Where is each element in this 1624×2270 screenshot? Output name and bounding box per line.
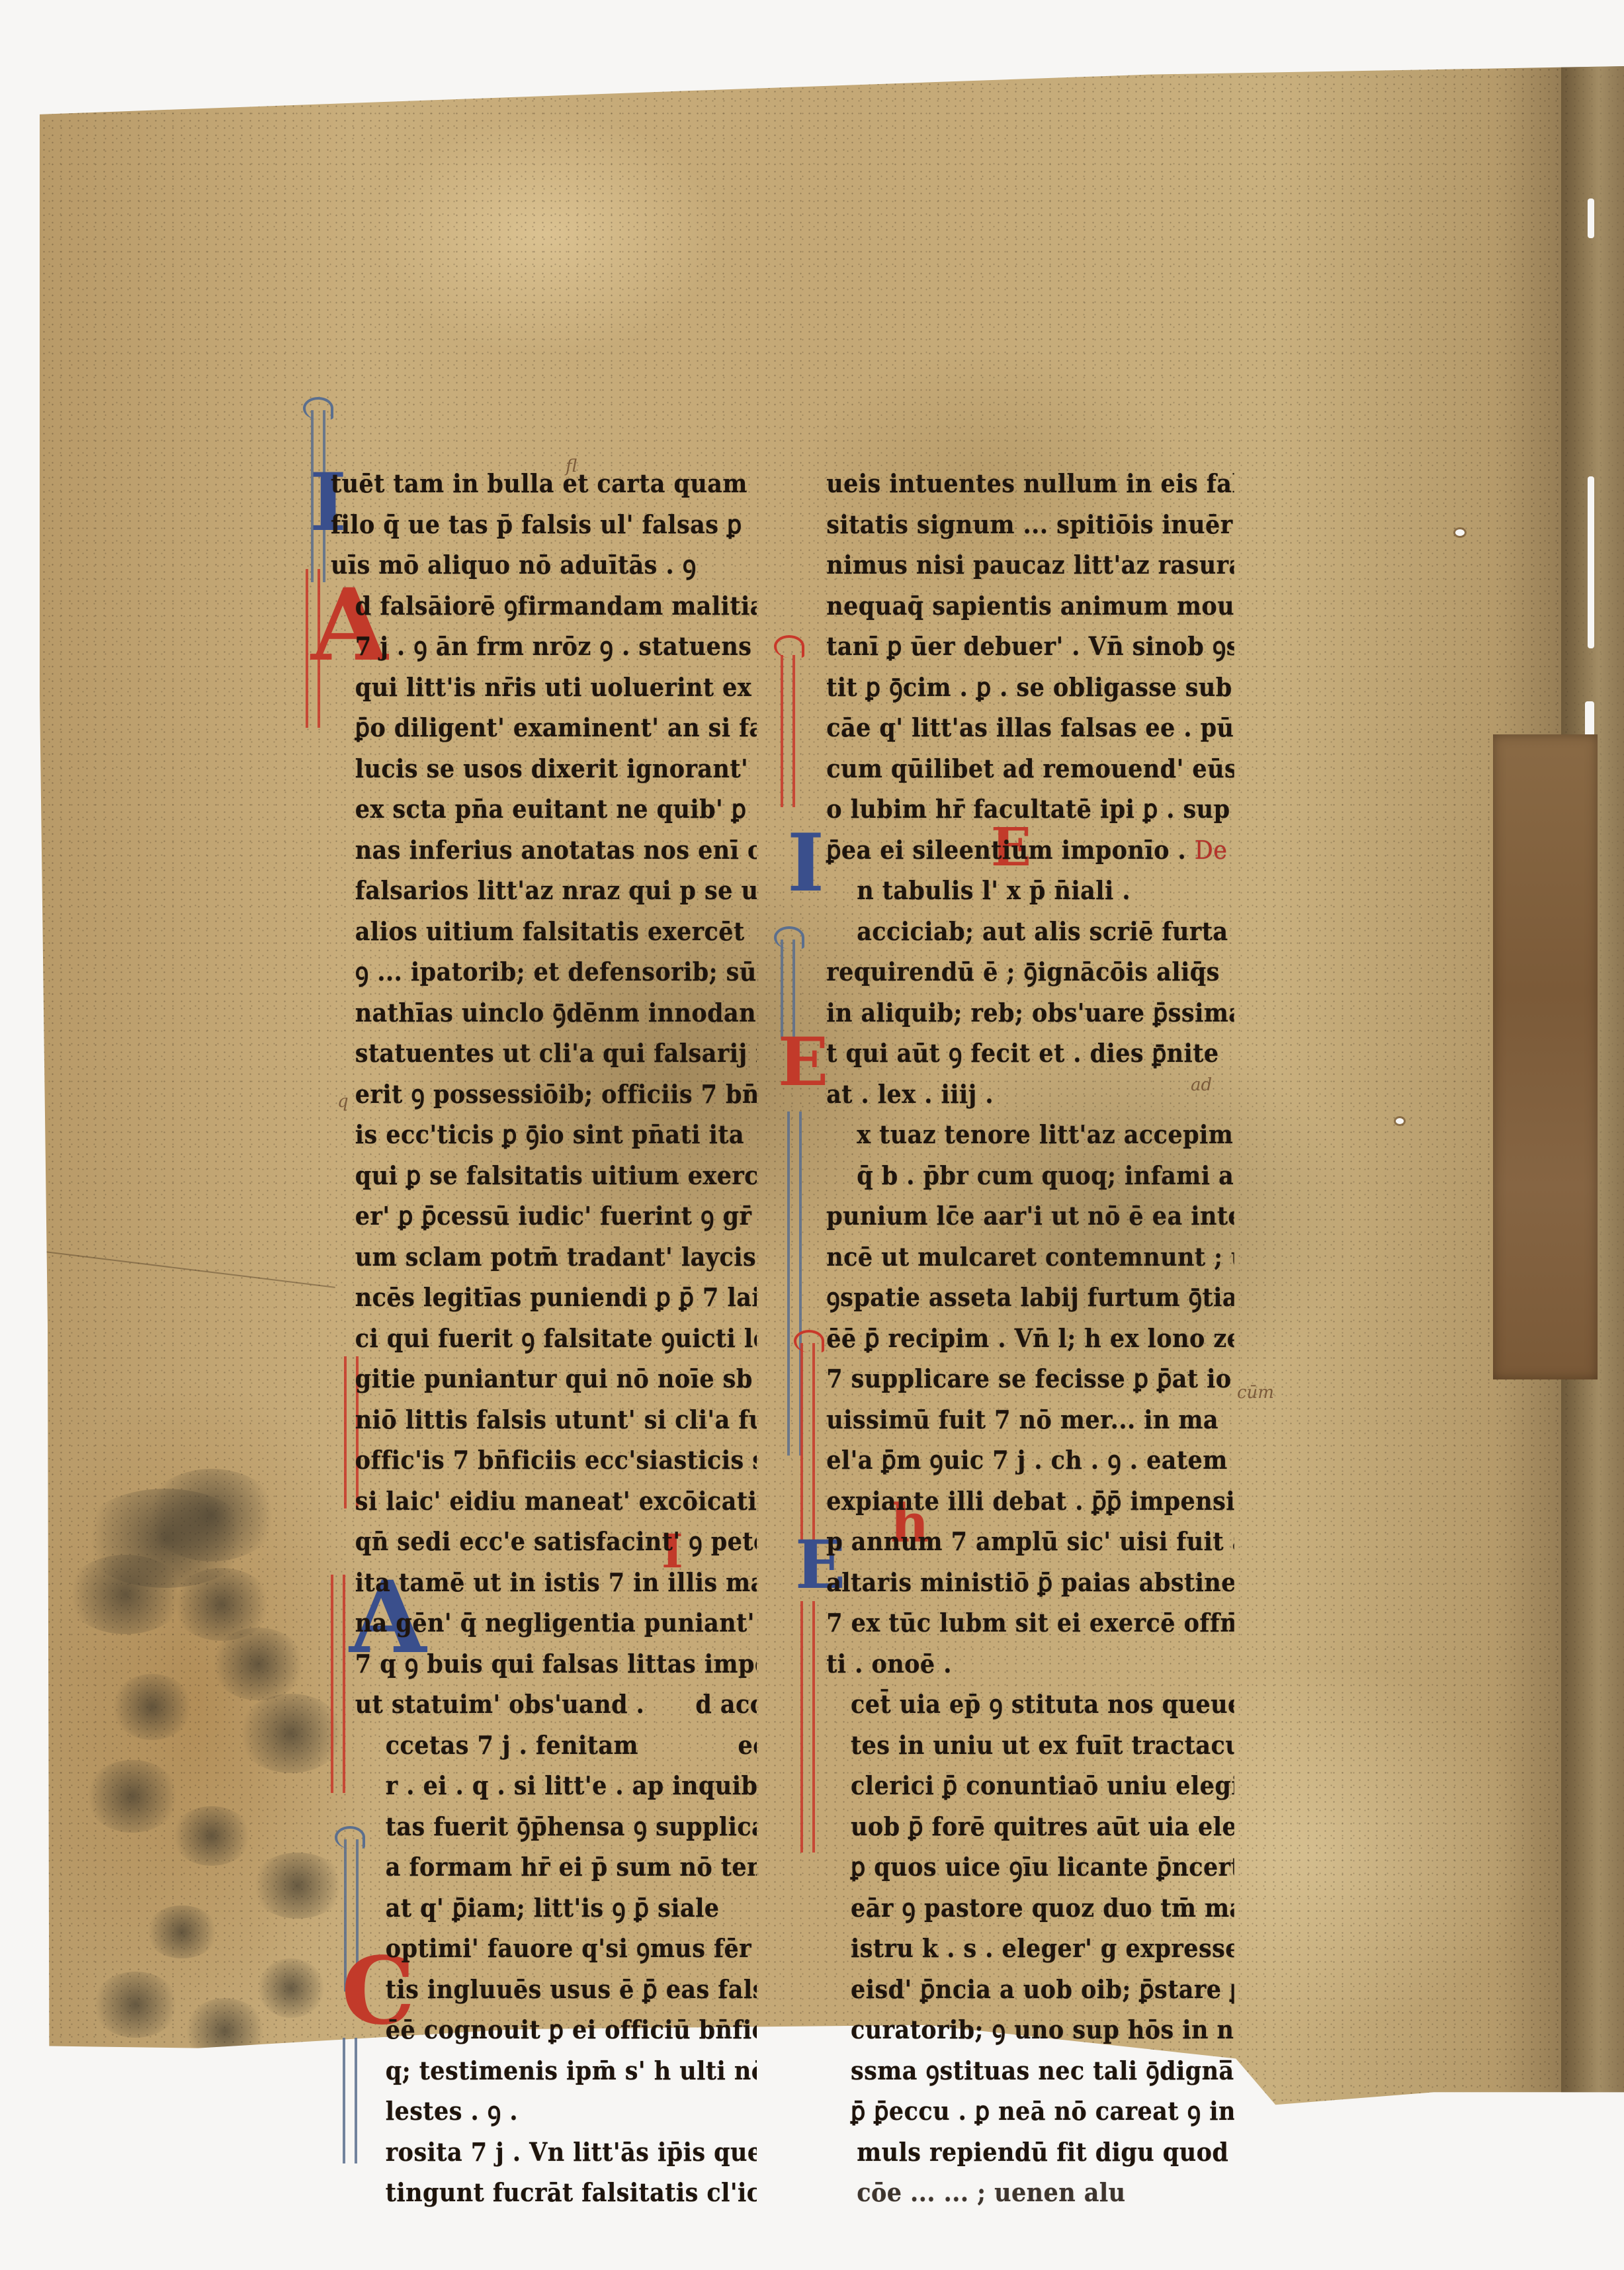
text-line: at q' ꝑ̄iam; litt'is ꝯ ꝑ̄ siale	[331, 1888, 757, 1929]
text-line: tanī ꝑ ūer debuer' . Vn̄ sinob ꝯsti	[820, 626, 1234, 667]
text-line: falsarios litt'az nraz qui p se ul'	[331, 870, 757, 911]
text-line: cōe ... ... ; uenen alu	[820, 2172, 1234, 2213]
text-line: ita tamē ut in istis 7 in illis ma	[331, 1562, 757, 1603]
text-line: si laic' eidiu maneat' excōicati	[331, 1481, 757, 1522]
mold-spot	[119, 2051, 225, 2111]
text-line: n tabulis l' x p̄ n̄iali .	[820, 870, 1234, 911]
text-line: ut statuim' obs'uand . d acc	[331, 1684, 757, 1725]
mold-spot	[185, 1998, 265, 2064]
text-line: punium lc̄e aar'i ut nō ē ea inte	[820, 1196, 1234, 1237]
text-line: ꝑ̄ ꝑ̄eccu . ꝑ neā nō careat ꝯ inno	[820, 2091, 1234, 2132]
text-line: statuentes ut cli'a qui falsarij fu	[331, 1033, 757, 1074]
text-line: cet̄ uia ep̄ ꝯ stituta nos queuen	[820, 1684, 1234, 1725]
text-line: nathīas uinclo ꝯ̄dēnm innodand	[331, 992, 757, 1033]
text-line: curatorib; ꝯ uno sup hōs in nūi ꝑ̄	[820, 2009, 1234, 2050]
wormhole	[1455, 529, 1465, 536]
text-line: nas inferius anotatas nos enī oēs	[331, 830, 757, 871]
text-line: eār ꝯ pastore quoz duo tm̄ mag	[820, 1888, 1234, 1929]
text-line: um sclam potm̄ tradant' laycis sūm	[331, 1237, 757, 1278]
mold-spot	[258, 1958, 324, 2018]
mold-spot	[146, 1905, 218, 1958]
text-line: q̄ b . p̄br cum quoq; infami ad	[820, 1155, 1234, 1196]
text-line: t qui aūt ꝯ fecit et . dies ꝑ̄nite	[820, 1033, 1234, 1074]
text-line: el'a ꝑ̄m ꝯuic 7 j . ch . ꝯ . eatem ei . …	[820, 1440, 1234, 1481]
text-line: rosita 7 j . Vn litt'ās ip̄is quer	[331, 2132, 757, 2173]
pen-flourish-stem	[800, 1601, 815, 1853]
text-line: 7 q ꝯ buis qui falsas littas impetra	[331, 1643, 757, 1684]
text-line: a formam hr̄ ei p̄ sum nō tene	[331, 1847, 757, 1888]
text-line: filo q̄ ue tas p̄ falsis ul' falsas ꝑ	[331, 504, 757, 545]
text-line: qn̄ sedi ecc'e satisfacint' ꝯ petent'	[331, 1521, 757, 1562]
text-line: is ecc'ticis ꝑ ꝯ̄io sint pn̄ati ita	[331, 1114, 757, 1155]
text-line: in aliquib; reb; obs'uare ꝑ̄ssima	[820, 992, 1234, 1033]
text-line: ꝑ̄ea ei sileentium imponīo . De tōn legi	[820, 830, 1234, 871]
text-line: niō littis falsis utunt' si cli'a fuer'	[331, 1399, 757, 1440]
text-line: ncē ut mulcaret contemnunt ; ut	[820, 1237, 1234, 1278]
text-line: ēē ꝑ̄ recipim . Vn̄ l; h ex lono zelo	[820, 1318, 1234, 1359]
text-line: qui litt'is nr̄is uti uoluerint ex	[331, 667, 757, 708]
text-line: requirendū ē ; ꝯ̄ignācōis aliq̄s	[820, 951, 1234, 992]
text-line: lucis se usos dixerit ignorant'	[331, 748, 757, 789]
text-line: cāe q' litt'as illas falsas ee . pūnt'	[820, 707, 1234, 748]
text-line: ueis intuentes nullum in eis fal	[820, 463, 1234, 504]
text-line: cum qūilibet ad remouend' eūs su	[820, 748, 1234, 789]
text-line: at . lex . iiij .	[820, 1074, 1234, 1115]
text-line: ccetas 7 j . fenitam eō .	[331, 1725, 757, 1766]
text-line: lestes . ꝯ .	[331, 2091, 757, 2132]
text-line: gitie puniantur qui nō noīe sb	[331, 1358, 757, 1399]
text-line: erit ꝯ possessiōib; officiis 7 bn̄ficia	[331, 1074, 757, 1115]
text-line: ꝑ̄o diligent' examinent' an si falsi'	[331, 707, 757, 748]
marginal-gloss: q	[337, 1092, 349, 1112]
text-line: ssma ꝯstituas nec tali ꝯ̄digna̅ro	[820, 2050, 1234, 2091]
text-line: ncēs legitīas puniendi ꝑ ꝑ̄ 7 lai	[331, 1277, 757, 1318]
text-line: tas fuerit ꝯ̄p̄hensa ꝯ supplica iusta	[331, 1806, 757, 1847]
text-line: tingunt fucrāt falsitatis cl'ici	[331, 2172, 757, 2213]
text-line: ꝯspatie asseta labij furtum ꝯ̄tiam	[820, 1277, 1234, 1318]
text-line: expiante illi debat . ꝑ̄ꝑ̄ impensis q	[820, 1481, 1234, 1522]
mold-spot	[93, 1972, 179, 2038]
text-segment: d acc	[695, 1689, 757, 1719]
text-line: tit ꝑ ꝯ̄cim . ꝑ . se obligasse sub ꝑclo	[820, 667, 1234, 708]
mold-spot	[66, 1555, 185, 1634]
text-line: ꝯ ... ipatorib; et defensorib; sūis a	[331, 951, 757, 992]
mold-spot	[112, 1674, 192, 1740]
text-line: offic'is 7 bn̄ficiis ecc'siasticis spoli…	[331, 1440, 757, 1481]
mold-spot	[86, 1760, 179, 1833]
text-line: er' ꝑ ꝑ̄cessū iudic' fuerint ꝯ gr̄	[331, 1196, 757, 1237]
text-line: 7 supplicare se fecisse ꝑ ꝑ̄at io mi ꝑ̄	[820, 1358, 1234, 1399]
rubric-heading: De tōn legi	[1195, 836, 1234, 865]
text-segment: ꝑ̄ea ei sileentium imponīo .	[826, 835, 1186, 865]
text-line: muls repiendū fit digu quod	[820, 2132, 1234, 2173]
pen-flourish-stem	[800, 1343, 815, 1542]
text-line: uīs mō aliquo nō aduītās . ꝯ	[331, 545, 757, 586]
marginal-gloss: fl	[566, 457, 577, 476]
text-line: ꝑ quos uice ꝯīu licante ꝑ̄ncertē	[820, 1847, 1234, 1888]
text-line: uissimū fuit 7 nō mer... in ma	[820, 1399, 1234, 1440]
text-line: qui ꝑ se falsitatis uitium exercu	[331, 1155, 757, 1196]
text-line: sitatis signum ... spitiōis inuēr	[820, 504, 1234, 545]
text-line: tuēt tam in bulla et carta quam	[331, 463, 757, 504]
mold-spot	[146, 1469, 278, 1561]
mold-spot	[212, 1628, 304, 1700]
text-line: q; testimenis ipm̄ s' h ulti nō mo	[331, 2050, 757, 2091]
text-line: altaris ministiō ꝑ̄ paias abstinere	[820, 1562, 1234, 1603]
gutter-tear	[1588, 476, 1594, 648]
repair-tape-strip	[1493, 734, 1598, 1379]
text-line: tis ingluuēs usus ē ꝑ̄ eas falsa	[331, 1969, 757, 2010]
text-line: acciciab; aut alis scriē furta nō ꝯ	[820, 911, 1234, 952]
wormhole	[1396, 1118, 1404, 1124]
text-column-left: tuēt tam in bulla et carta quam filo q̄ …	[331, 463, 794, 2213]
text-column-right: ueis intuentes nullum in eis fal sitatis…	[820, 463, 1270, 2213]
text-line: p annum 7 amplū sic' uisi fuit ab	[820, 1521, 1234, 1562]
text-line: clerici ꝑ̄ conuntiaō uniu elegisti ex	[820, 1765, 1234, 1806]
text-line: alios uitium falsitatis exercēt	[331, 911, 757, 952]
text-line: istru k . s . eleger' g expresse licētur	[820, 1928, 1234, 1969]
text-line: 7 ex tūc lubm sit ei exercē offm̄ sacō	[820, 1602, 1234, 1643]
text-line: 7 j . ꝯ ān frm nrōz ꝯ . statuens ū	[331, 626, 757, 667]
text-segment: ut statuim' obs'uand .	[355, 1689, 644, 1719]
parchment-crease	[40, 1250, 335, 1288]
text-line: eisd' ꝑ̄ncia a uob oib; ꝑ̄stare ꝑ	[820, 1969, 1234, 2010]
marginal-gloss: ad	[1191, 1075, 1212, 1095]
mold-spot	[251, 1853, 344, 1919]
gutter-tear	[1588, 198, 1594, 238]
marginal-gloss: cūm	[1237, 1383, 1274, 1403]
text-line: ti . onoē .	[820, 1643, 1234, 1684]
text-line: d falsāiorē ꝯfirmandam malitiam	[331, 586, 757, 627]
text-line: ci qui fuerit ꝯ falsitate ꝯuicti le	[331, 1318, 757, 1359]
text-line: uob ꝑ̄ forē quitres aūt uia eleg	[820, 1806, 1234, 1847]
mold-spot	[238, 1694, 344, 1773]
mold-spot	[172, 1806, 251, 1866]
text-line: o lubim hr̄ facultatē ipi ꝑ . sup	[820, 789, 1234, 830]
text-line: nequaq̄ sapientis animum mouere	[820, 586, 1234, 627]
text-line: x tuaz tenore litt'az accepim' .	[820, 1114, 1234, 1155]
text-line: tes in uniu ut ex fuīt tractacun̄ē	[820, 1725, 1234, 1766]
text-line: r . ei . q . si litt'e . ap inquib; fals…	[331, 1765, 757, 1806]
text-line: optimi' fauore q'si ꝯmus fēr falsita	[331, 1928, 757, 1969]
text-line: na gēn' q̄ negligentia puniant'	[331, 1602, 757, 1643]
text-segment: ccetas 7 j . fenitam	[386, 1730, 638, 1760]
text-segment: eō .	[738, 1730, 757, 1760]
text-line: nimus nisi paucaz litt'az rasuras q̄	[820, 545, 1234, 586]
text-line: ex scta pn̄a euitant ne quib' ꝑ	[331, 789, 757, 830]
text-line: ēē cognouit ꝑ ei officiū bn̄ficium	[331, 2009, 757, 2050]
